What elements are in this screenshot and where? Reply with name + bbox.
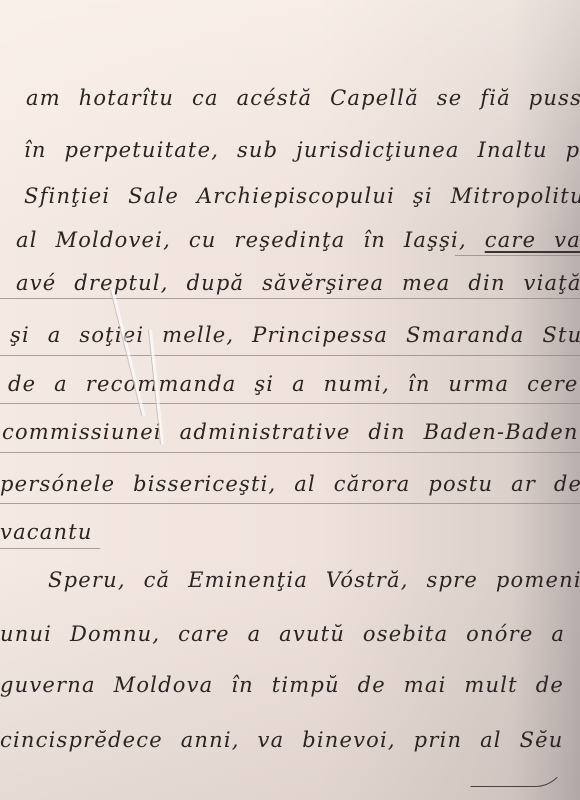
underlined-phrase: care va (485, 228, 580, 252)
ruled-line (0, 403, 580, 404)
text-line-14: cincisprĕdece anni, va binevoi, prin al … (0, 728, 580, 752)
ruled-line (455, 255, 580, 256)
text-line-2: în perpetuitate, sub jurisdicţiunea Inal… (24, 138, 580, 162)
text-line-12: unui Domnu, care a avutŭ osebita onóre a (0, 622, 565, 646)
ruled-line (0, 452, 580, 453)
text-line-9: persónele bissericeşti, al cărora postu … (0, 472, 580, 496)
text-line-7: de a recommanda şi a numi, în urma cerer… (8, 372, 580, 396)
signature-flourish (470, 755, 567, 787)
text-line-10: vacantu (0, 520, 93, 544)
ruled-line (0, 503, 580, 504)
text-line-3: Sfinţiei Sale Archiepiscopului şi Mitrop… (24, 184, 580, 208)
text-line-8: commissiunei administrative din Baden-Ba… (2, 420, 579, 444)
scanned-document-page: am hotarîtu ca acéstă Capellă se fiă pus… (0, 0, 580, 800)
text-line-1: am hotarîtu ca acéstă Capellă se fiă pus… (26, 86, 580, 110)
text-line-4: al Moldovei, cu reşedinţa în Iaşşi, care… (16, 228, 580, 252)
text-line-13: guverna Moldova în timpŭ de mai mult de (0, 673, 564, 697)
ruled-line (0, 298, 580, 299)
ruled-line (0, 355, 580, 356)
text-line-4-main: al Moldovei, cu reşedinţa în Iaşşi, (16, 228, 485, 252)
text-line-5: avé dreptul, după săvĕrşirea mea din via… (16, 271, 580, 295)
text-line-11: Speru, că Eminenţia Vóstră, spre pomenir… (48, 568, 580, 592)
paper-crease (110, 289, 145, 416)
ruled-line (0, 548, 100, 549)
text-line-6: şi a soţiei melle, Principessa Smaranda … (10, 323, 580, 347)
